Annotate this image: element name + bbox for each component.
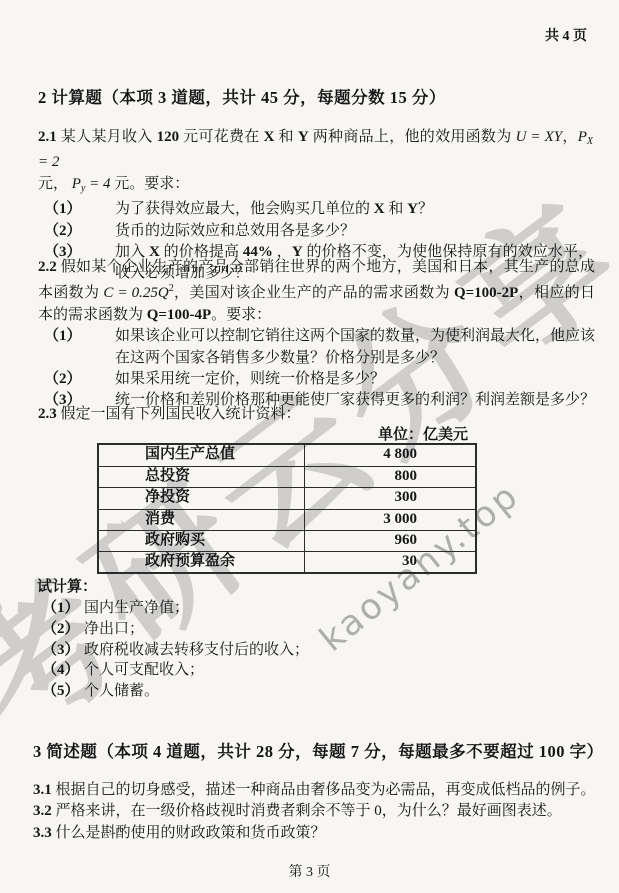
question-number: 3.1 bbox=[33, 782, 52, 798]
question-3-1: 3.1 根据自己的切身感受，描述一种商品由奢侈品变为必需品，再变成低档品的例子。 bbox=[33, 780, 603, 801]
item-number: （1） bbox=[44, 326, 115, 369]
question-number: 3.3 bbox=[33, 825, 52, 841]
item-text: 政府税收减去转移支付后的收入； bbox=[84, 640, 488, 661]
list-item: （2） 货币的边际效应和总效用各是多少？ bbox=[38, 221, 593, 242]
table-row-label: 总投资 bbox=[99, 467, 305, 487]
item-text: 个人储蓄。 bbox=[84, 681, 488, 702]
item-text: 净出口； bbox=[84, 619, 488, 640]
table-row: 政府预算盈余 30 bbox=[99, 551, 475, 572]
section-3-heading: 3 简述题（本项 4 道题，共计 28 分，每题 7 分，每题最多不要超过 10… bbox=[33, 738, 604, 762]
item-text: 个人可支配收入； bbox=[84, 660, 488, 681]
list-item: （2） 净出口； bbox=[38, 619, 488, 640]
table-row-label: 政府预算盈余 bbox=[99, 552, 305, 572]
item-number: （2） bbox=[42, 619, 84, 640]
item-number: （2） bbox=[44, 221, 115, 242]
item-text: 国内生产净值； bbox=[84, 598, 488, 619]
question-3-3: 3.3 什么是斟酌使用的财政政策和货币政策？ bbox=[33, 823, 603, 844]
question-text: 什么是斟酌使用的财政政策和货币政策？ bbox=[52, 825, 326, 841]
item-number: （1） bbox=[44, 199, 115, 220]
list-item: （4） 个人可支配收入； bbox=[38, 660, 488, 681]
table-row: 消费 3 000 bbox=[99, 509, 475, 530]
item-text: 如果该企业可以控制它销往这两个国家的数量，为使利润最大化，他应该在这两个国家各销… bbox=[115, 326, 595, 369]
item-number: （1） bbox=[42, 598, 84, 619]
page-number-footer: 第 3 页 bbox=[0, 861, 619, 881]
item-number: （5） bbox=[42, 681, 84, 702]
compute-list: （1） 国内生产净值； （2） 净出口； （3） 政府税收减去转移支付后的收入；… bbox=[38, 598, 488, 702]
question-number: 3.2 bbox=[33, 803, 52, 819]
exam-page: 考研云分享 kaoyany.top 共 4 页 2 计算题（本项 3 道题，共计… bbox=[0, 0, 619, 893]
list-item: （1） 如果该企业可以控制它销往这两个国家的数量，为使利润最大化，他应该在这两个… bbox=[38, 326, 595, 369]
question-text: 根据自己的切身感受，描述一种商品由奢侈品变为必需品，再变成低档品的例子。 bbox=[52, 782, 596, 798]
compute-title: 试计算： bbox=[37, 575, 97, 596]
list-item: （1） 国内生产净值； bbox=[38, 598, 488, 619]
list-item: （5） 个人储蓄。 bbox=[38, 681, 488, 702]
table-row: 总投资 800 bbox=[99, 466, 475, 487]
question-2-2-text: 2.2 假如某个企业生产的产品全部销往世界的两个地方，美国和日本，其生产的总成本… bbox=[38, 257, 595, 326]
table-row-value: 3 000 bbox=[305, 510, 475, 530]
table-row-label: 国内生产总值 bbox=[99, 445, 305, 466]
table-row: 国内生产总值 4 800 bbox=[99, 445, 475, 466]
item-text: 如果采用统一定价，则统一价格是多少？ bbox=[115, 369, 595, 390]
item-number: （2） bbox=[44, 369, 115, 390]
national-income-table: 国内生产总值 4 800 总投资 800 净投资 300 消费 3 000 政府… bbox=[97, 443, 477, 574]
question-3-2: 3.2 严格来讲，在一级价格歧视时消费者剩余不等于 0，为什么？最好画图表述。 bbox=[33, 801, 603, 822]
question-2-3-intro: 2.3 假定一国有下列国民收入统计资料： bbox=[38, 404, 595, 425]
table-row-label: 消费 bbox=[99, 510, 305, 530]
table-row: 净投资 300 bbox=[99, 487, 475, 508]
table-row-value: 960 bbox=[305, 531, 475, 551]
section-2-heading: 2 计算题（本项 3 道题，共计 45 分，每题分数 15 分） bbox=[38, 84, 446, 108]
item-text: 货币的边际效应和总效用各是多少？ bbox=[115, 221, 593, 242]
question-text: 严格来讲，在一级价格歧视时消费者剩余不等于 0，为什么？最好画图表述。 bbox=[52, 803, 562, 819]
list-item: （3） 政府税收减去转移支付后的收入； bbox=[38, 640, 488, 661]
list-item: （2） 如果采用统一定价，则统一价格是多少？ bbox=[38, 369, 595, 390]
item-text: 为了获得效应最大，他会购买几单位的 X 和 Y？ bbox=[115, 199, 593, 220]
section-3-questions: 3.1 根据自己的切身感受，描述一种商品由奢侈品变为必需品，再变成低档品的例子。… bbox=[33, 780, 603, 844]
list-item: （1） 为了获得效应最大，他会购买几单位的 X 和 Y？ bbox=[38, 199, 593, 220]
question-2-1-text: 2.1 某人某月收入 120 元可花费在 X 和 Y 两种商品上，他的效用函数为… bbox=[38, 127, 593, 199]
table-row-value: 30 bbox=[305, 552, 475, 572]
question-2-2: 2.2 假如某个企业生产的产品全部销往世界的两个地方，美国和日本，其生产的总成本… bbox=[38, 257, 595, 412]
table-row: 政府购买 960 bbox=[99, 530, 475, 551]
table-row-value: 800 bbox=[305, 467, 475, 487]
table-row-value: 300 bbox=[305, 488, 475, 508]
item-number: （3） bbox=[42, 640, 84, 661]
table-unit-label: 单位：亿美元 bbox=[378, 423, 468, 444]
item-number: （4） bbox=[42, 660, 84, 681]
page-count-header: 共 4 页 bbox=[545, 25, 587, 45]
table-row-label: 政府购买 bbox=[99, 531, 305, 551]
table-row-label: 净投资 bbox=[99, 488, 305, 508]
table-row-value: 4 800 bbox=[305, 445, 475, 466]
